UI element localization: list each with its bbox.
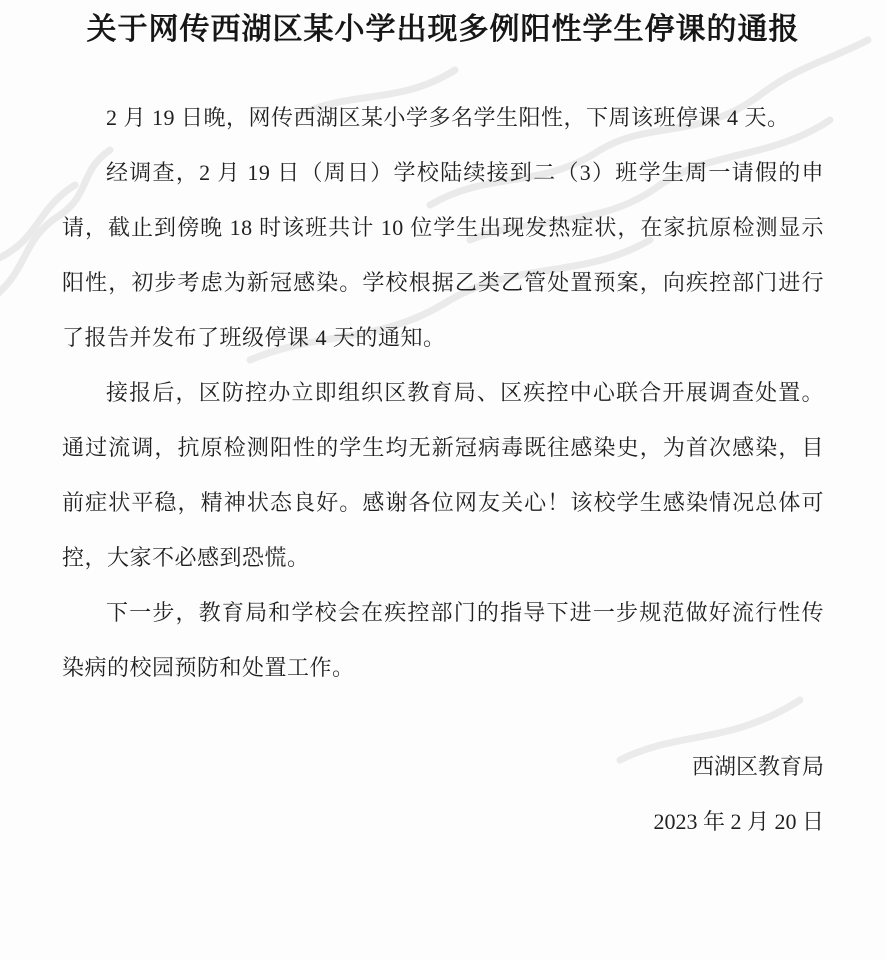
- notice-title: 关于网传西湖区某小学出现多例阳性学生停课的通报: [62, 10, 824, 50]
- notice-content: 关于网传西湖区某小学出现多例阳性学生停课的通报 2 月 19 日晚，网传西湖区某…: [0, 0, 886, 849]
- signature-block: 西湖区教育局 2023 年 2 月 20 日: [62, 739, 824, 849]
- issue-date: 2023 年 2 月 20 日: [62, 794, 824, 849]
- notice-paragraph-1: 2 月 19 日晚，网传西湖区某小学多名学生阳性，下周该班停课 4 天。: [62, 90, 824, 145]
- notice-paragraph-3: 接报后，区防控办立即组织区教育局、区疾控中心联合开展调查处置。通过流调，抗原检测…: [62, 365, 824, 585]
- notice-paragraph-4: 下一步，教育局和学校会在疾控部门的指导下进一步规范做好流行性传染病的校园预防和处…: [62, 585, 824, 695]
- issuing-authority: 西湖区教育局: [62, 739, 824, 794]
- notice-document-page: 关于网传西湖区某小学出现多例阳性学生停课的通报 2 月 19 日晚，网传西湖区某…: [0, 0, 886, 960]
- notice-body: 2 月 19 日晚，网传西湖区某小学多名学生阳性，下周该班停课 4 天。 经调查…: [62, 90, 824, 695]
- notice-paragraph-2: 经调查，2 月 19 日（周日）学校陆续接到二（3）班学生周一请假的申请，截止到…: [62, 145, 824, 365]
